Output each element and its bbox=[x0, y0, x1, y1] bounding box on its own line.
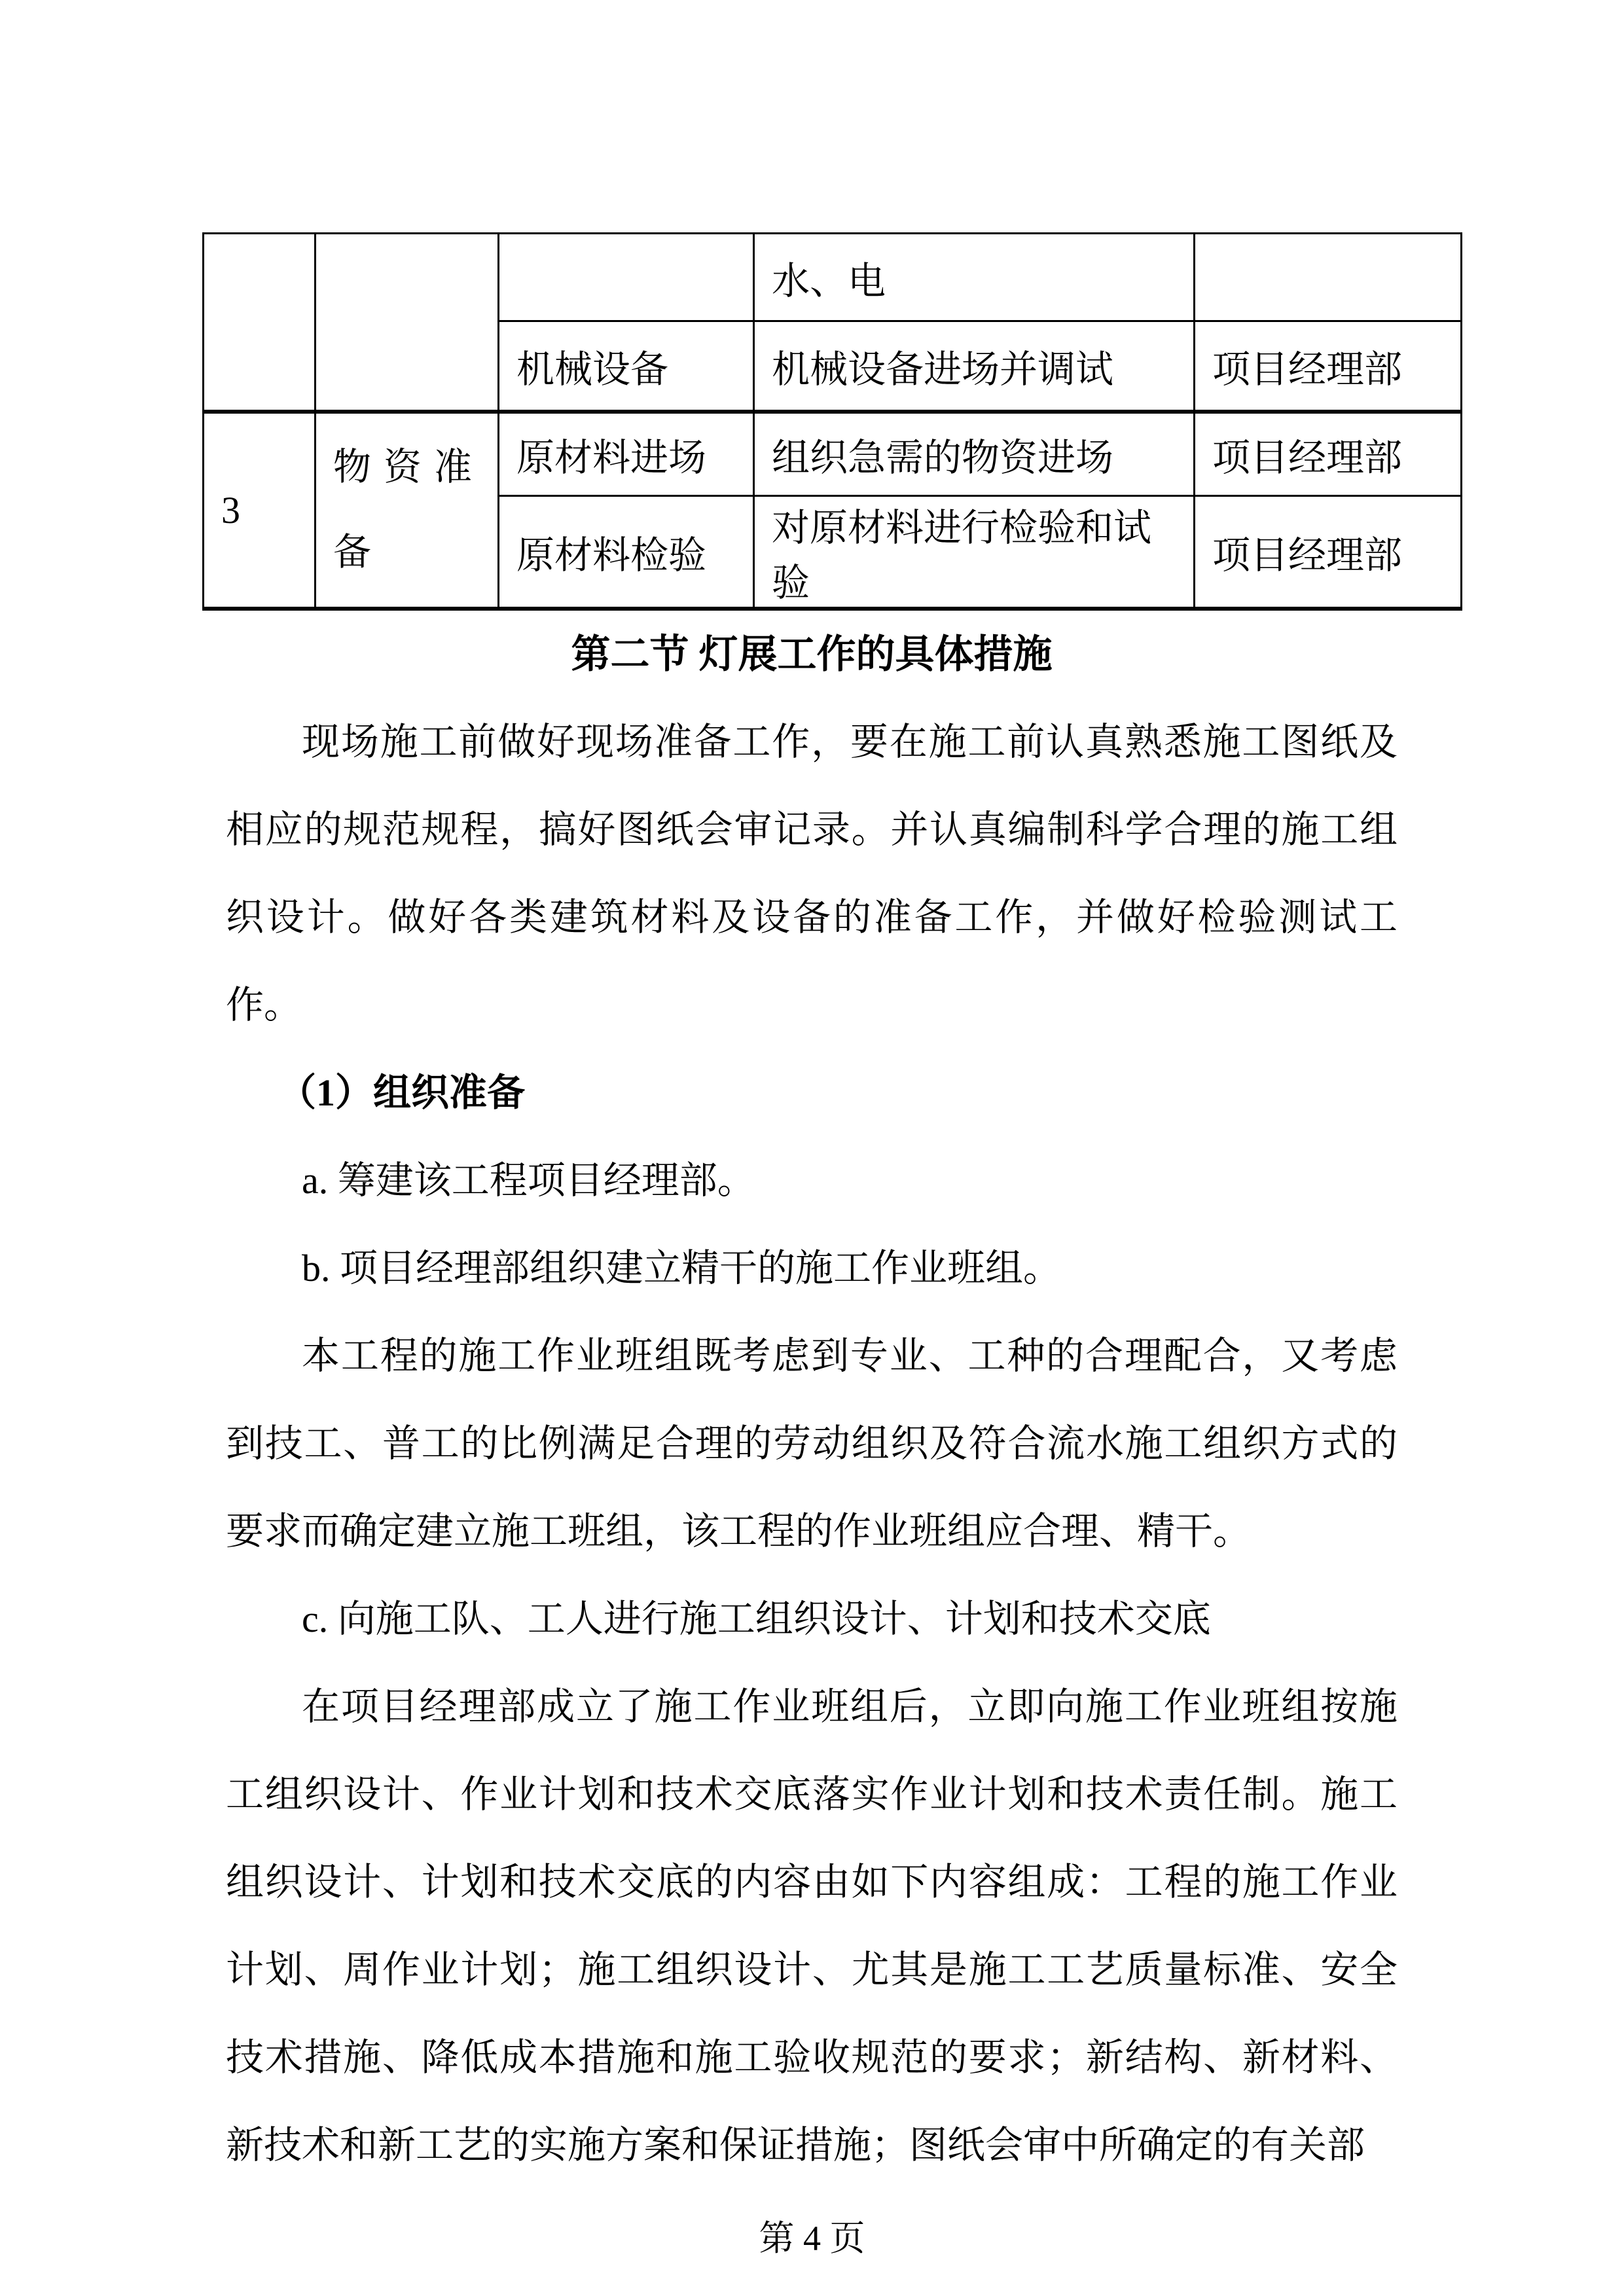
table-cell-dept: 项目经理部 bbox=[1195, 321, 1462, 412]
list-item-b: b. 项目经理部组织建立精干的施工作业班组。 bbox=[226, 1225, 1398, 1312]
table-cell-item-raw-material-entry: 原材料进场 bbox=[499, 412, 754, 496]
paragraph-work-teams: 本工程的施工作业班组既考虑到专业、工种的合理配合，又考虑到技工、普工的比例满足合… bbox=[226, 1312, 1398, 1575]
table-row: 3 物资准备 原材料进场 组织急需的物资进场 项目经理部 bbox=[204, 412, 1462, 496]
material-preparation-schedule-table: 水、电 机械设备 机械设备进场并调试 项目经理部 3 物资准备 原材料进场 组织… bbox=[202, 232, 1462, 611]
body-text: 第二节 灯展工作的具体措施 现场施工前做好现场准备工作，要在施工前认真熟悉施工图… bbox=[226, 611, 1398, 2189]
table-cell-item-empty bbox=[499, 234, 754, 321]
list-item-c: c. 向施工队、工人进行施工组织设计、计划和技术交底 bbox=[226, 1575, 1398, 1663]
table-cell-dept-empty bbox=[1195, 234, 1462, 321]
paragraph-technical-briefing: 在项目经理部成立了施工作业班组后，立即向施工作业班组按施工组织设计、作业计划和技… bbox=[226, 1663, 1398, 2189]
table-cell-item-machinery: 机械设备 bbox=[499, 321, 754, 412]
table-cell-group-empty bbox=[316, 234, 499, 412]
subheading-organization-preparation: （1）组织准备 bbox=[226, 1049, 1398, 1137]
table-cell-seq-3: 3 bbox=[204, 412, 316, 609]
table-cell-measure-water-power: 水、电 bbox=[754, 234, 1195, 321]
table-cell-seq-empty bbox=[204, 234, 316, 412]
list-item-a: a. 筹建该工程项目经理部。 bbox=[226, 1137, 1398, 1225]
section-heading: 第二节 灯展工作的具体措施 bbox=[226, 611, 1398, 698]
table-cell-measure-machinery: 机械设备进场并调试 bbox=[754, 321, 1195, 412]
table-cell-dept: 项目经理部 bbox=[1195, 412, 1462, 496]
paragraph-site-preparation: 现场施工前做好现场准备工作，要在施工前认真熟悉施工图纸及相应的规范规程，搞好图纸… bbox=[226, 698, 1398, 1049]
table-cell-dept: 项目经理部 bbox=[1195, 496, 1462, 609]
page-number-footer: 第 4 页 bbox=[0, 2195, 1624, 2282]
table-cell-item-raw-material-inspection: 原材料检验 bbox=[499, 496, 754, 609]
table-cell-measure-raw-material-inspection: 对原材料进行检验和试验 bbox=[754, 496, 1195, 609]
group-label: 物资准备 bbox=[333, 425, 472, 595]
table-cell-group-material-preparation: 物资准备 bbox=[316, 412, 499, 609]
table-row: 水、电 bbox=[204, 234, 1462, 321]
table-cell-measure-raw-material-entry: 组织急需的物资进场 bbox=[754, 412, 1195, 496]
document-page: 水、电 机械设备 机械设备进场并调试 项目经理部 3 物资准备 原材料进场 组织… bbox=[0, 0, 1624, 2296]
